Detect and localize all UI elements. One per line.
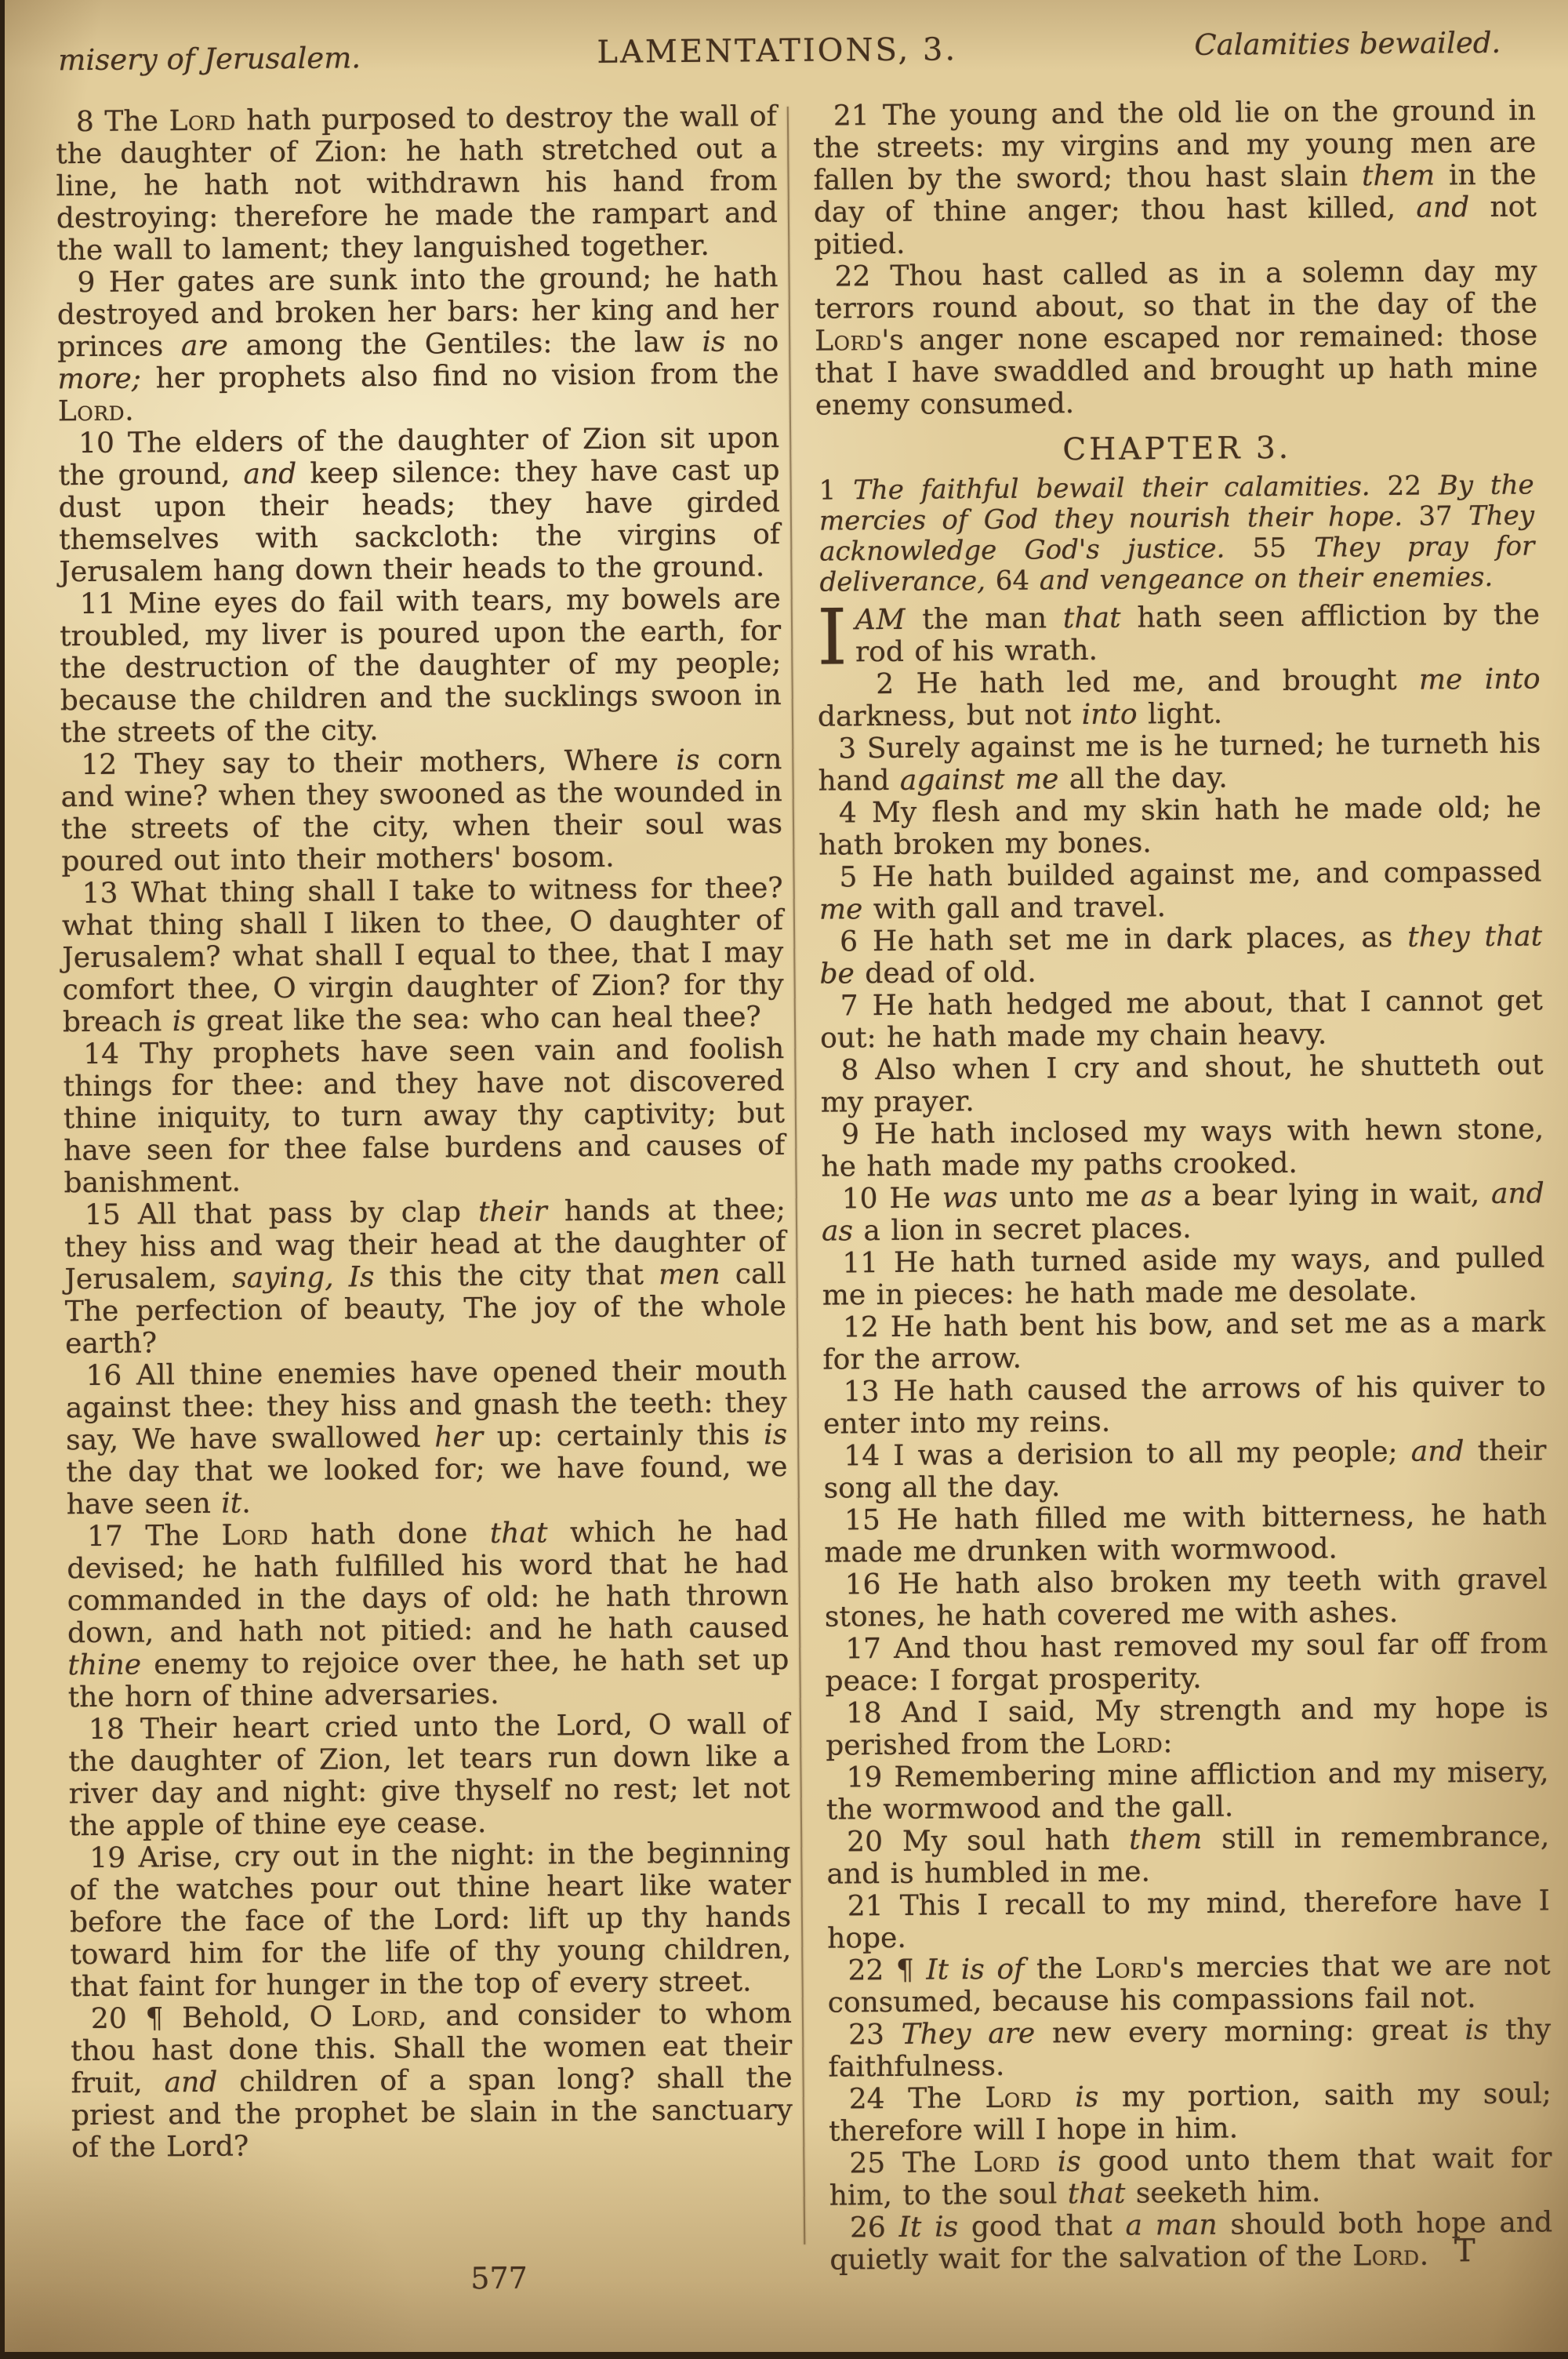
verse-number: 20 [847,1826,883,1858]
italic-word: them [1362,159,1435,192]
verse-number: 9 [841,1118,859,1150]
ch3-verse-10: 10 He was unto me as a bear lying in wai… [822,1177,1545,1247]
ch2-verse-17: 17 The Lord hath done that which he had … [67,1515,789,1714]
verse-number: 21 [848,1890,884,1922]
italic-word: into [1082,698,1138,731]
ch2-verse-16: 16 All thine enemies have opened their m… [65,1354,788,1521]
drop-cap-letter: I [817,604,855,669]
small-caps-word: Lord [973,2146,1040,2179]
verse-number: 12 [81,749,117,781]
italic-word: that [490,1517,548,1550]
verse-number: 22 [848,1954,884,1986]
ch2-verse-20: 20 ¶ Behold, O Lord, and consider to who… [71,1997,793,2164]
italic-word: that [1068,2178,1126,2211]
verse-number: 13 [82,878,118,910]
upright-number: 37 [1418,500,1453,532]
upright-number: 55 [1252,533,1287,564]
verse-number: 15 [85,1199,121,1231]
verse-number: 14 [844,1440,880,1472]
ch2-verse-12: 12 They say to their mothers, Where is c… [60,743,782,878]
left-column: 8 The Lord hath purposed to destroy the … [56,100,793,2164]
small-caps-word: Lord [351,2001,419,2034]
upright-number: 64 [996,565,1030,597]
ch3-verse-21: 21 This I recall to my mind, therefore h… [827,1885,1551,1954]
italic-word: that [1063,602,1121,635]
upright-number: 1 [819,474,837,506]
ch3-verse-14: 14 I was a derision to all my people; an… [823,1434,1547,1504]
italic-word: It is of [926,1954,1024,1986]
verse-number: 6 [840,925,858,958]
verse-number: 14 [83,1038,119,1070]
ch2-verse-18: 18 Their heart cried unto the Lord, O wa… [68,1708,790,1842]
ch3-verse-5: 5 He hath builded against me, and compas… [818,856,1542,925]
small-caps-word: Lord [221,1519,289,1552]
small-caps-word: Lord [815,325,882,358]
italic-word: are [181,330,228,362]
ch3-verse-17: 17 And thou hast removed my soul far off… [825,1627,1548,1697]
italic-word: and [243,458,296,491]
italic-word: as [1141,1180,1172,1212]
verse-number: 10 [842,1183,878,1215]
ch2-verse-13: 13 What thing shall I take to witness fo… [62,872,785,1038]
verse-number: 16 [844,1568,880,1601]
upright-number: 22 [1387,471,1421,502]
verse-number: 22 [834,260,870,293]
verse-number: 5 [839,861,857,893]
verse-number: 8 [840,1054,858,1086]
verse-number: 18 [846,1697,882,1729]
running-head-right: Calamities bewailed. [1194,26,1501,62]
italic-word: and as [822,1177,1544,1247]
ch2-verse-11: 11 Mine eyes do fail with tears, my bowe… [60,583,782,749]
verse-number: 4 [839,797,857,829]
chapter-summary: 1 The faithful bewail their calamities. … [819,470,1535,598]
italic-word: me into [1419,663,1541,696]
italic-word: saying, Is [232,1261,375,1294]
italic-word: They are [902,2018,1036,2051]
italic-word: is [1465,2014,1488,2046]
small-caps-word: Lord [1094,1952,1162,1985]
ch3-verse-25: 25 The Lord is good unto them that wait … [829,2142,1552,2212]
verse-number: 23 [848,2019,884,2051]
book-page: misery of Jerusalem. LAMENTATIONS, 3. Ca… [5,0,1568,2352]
verse-number: 26 [850,2212,886,2244]
verse-number: 19 [89,1842,125,1874]
italic-word: me [819,893,863,925]
italic-word: thine [67,1648,141,1681]
italic-word: more; [57,362,141,395]
italic-word: is [1075,2081,1098,2114]
verse-number: 24 [849,2083,885,2115]
italic-word: is [702,326,725,358]
ch3-verse-12: 12 He hath bent his bow, and set me as a… [822,1306,1546,1376]
verse-number: 12 [843,1311,879,1343]
ch3-verse-3: 3 Surely against me is he turned; he tur… [818,727,1541,797]
small-caps-word: Lord [1096,1727,1163,1760]
right-column: 21 The young and the old lie on the grou… [813,94,1553,2276]
ch3-verse-8: 8 Also when I cry and shout, he shutteth… [820,1049,1544,1118]
ch3-verse-6: 6 He hath set me in dark places, as they… [819,920,1543,990]
ch3-verse-16: 16 He hath also broken my teeth with gra… [824,1563,1548,1633]
ch3-verse-20: 20 My soul hath them still in remembranc… [826,1820,1550,1890]
chapter-heading: CHAPTER 3. [815,428,1538,469]
signature-mark: T [1417,2233,1512,2270]
verse-number: 9 [77,267,95,299]
verse-number: 17 [87,1521,123,1553]
italic-word: a man [1125,2209,1217,2242]
page-sheet: misery of Jerusalem. LAMENTATIONS, 3. Ca… [0,0,1568,2358]
ch2-verse-14: 14 Thy prophets have seen vain and fooli… [63,1033,786,1199]
verse-number: 18 [89,1714,125,1746]
italic-word: is [172,1005,196,1038]
small-caps-word: Lord [58,395,125,428]
italic-word: them [1129,1823,1202,1856]
verse-lead-word: AM [855,604,906,637]
italic-word: their [478,1195,547,1228]
small-caps-word: Lord [985,2081,1052,2114]
ch2-verse-9: 9 Her gates are sunk into the ground; he… [56,261,779,427]
italic-word: is [1058,2146,1081,2178]
verse-number: 10 [78,427,114,460]
ch2-verse-15: 15 All that pass by clap their hands at … [64,1194,787,1360]
small-caps-word: Lord [169,104,236,137]
italic-word: they that be [819,920,1542,990]
verse-number: 16 [85,1360,122,1392]
italic-word: and [1411,1435,1465,1468]
verse-number: 11 [842,1247,878,1279]
verse-number: 25 [849,2147,885,2179]
verse-number: 19 [846,1761,882,1794]
italic-word: it [221,1487,241,1519]
ch2-verse-19: 19 Arise, cry out in the night: in the b… [69,1837,792,2003]
verse-number: 2 [876,668,894,700]
ch3-verse-2: 2 He hath led me, and brought me into da… [817,663,1541,732]
ch2-verse-8: 8 The Lord hath purposed to destroy the … [56,100,779,267]
italic-word: against me [900,763,1059,797]
verse-number: 11 [80,588,116,620]
italic-word: It is [899,2211,959,2244]
italic-word: her [434,1421,483,1453]
ch2-verse-10: 10 The elders of the daughter of Zion si… [58,422,781,588]
ch3-verse-19: 19 Remembering mine affliction and my mi… [826,1756,1549,1826]
ch3-verse-24: 24 The Lord is my portion, saith my soul… [829,2077,1552,2147]
ch3-verse-13: 13 He hath caused the arrows of his quiv… [823,1370,1547,1440]
verse-number: 3 [838,732,856,765]
ch3-verse-1: IAM the man that hath seen affliction by… [817,598,1541,668]
verse-number: 20 [91,2003,127,2035]
verse-number: 21 [833,100,869,132]
page-number: 577 [381,2260,616,2296]
ch3-verse-22: 22 ¶ It is of the Lord's mercies that we… [827,1949,1551,2019]
ch3-verse-18: 18 And I said, My strength and my hope i… [826,1692,1549,1761]
italic-word: men [659,1259,720,1292]
verse-number: 7 [840,990,858,1022]
italic-word: is [676,744,699,776]
ch3-verse-4: 4 My flesh and my skin hath he made old;… [818,791,1542,861]
italic-word: and [1416,191,1469,224]
ch2-verse-22: 22 Thou hast called as in a solemn day m… [814,255,1538,421]
italic-word: and [165,2066,218,2099]
verse-number: 8 [76,106,94,138]
ch2-verse-21: 21 The young and the old lie on the grou… [813,94,1537,260]
small-caps-word: Lord [1352,2240,1420,2273]
verse-number: 15 [844,1504,880,1536]
ch3-verse-7: 7 He hath hedged me about, that I cannot… [820,984,1544,1054]
right-column-ch3-verses: 2 He hath led me, and brought me into da… [817,663,1552,2276]
italic-word: is [764,1419,787,1451]
ch3-verse-23: 23 They are new every morning: great is … [828,2013,1552,2083]
verse-number: 13 [844,1376,880,1408]
right-column-ch2-verses: 21 The young and the old lie on the grou… [813,94,1538,421]
verse-number: 17 [845,1633,881,1665]
verse-text: the man that hath seen affliction by the… [855,598,1540,668]
ch3-verse-15: 15 He hath filled me with bitterness, he… [824,1499,1548,1568]
italic-word: was [942,1182,998,1215]
ch3-verse-9: 9 He hath inclosed my ways with hewn sto… [821,1113,1544,1183]
ch3-verse-11: 11 He hath turned aside my ways, and pul… [822,1241,1545,1311]
